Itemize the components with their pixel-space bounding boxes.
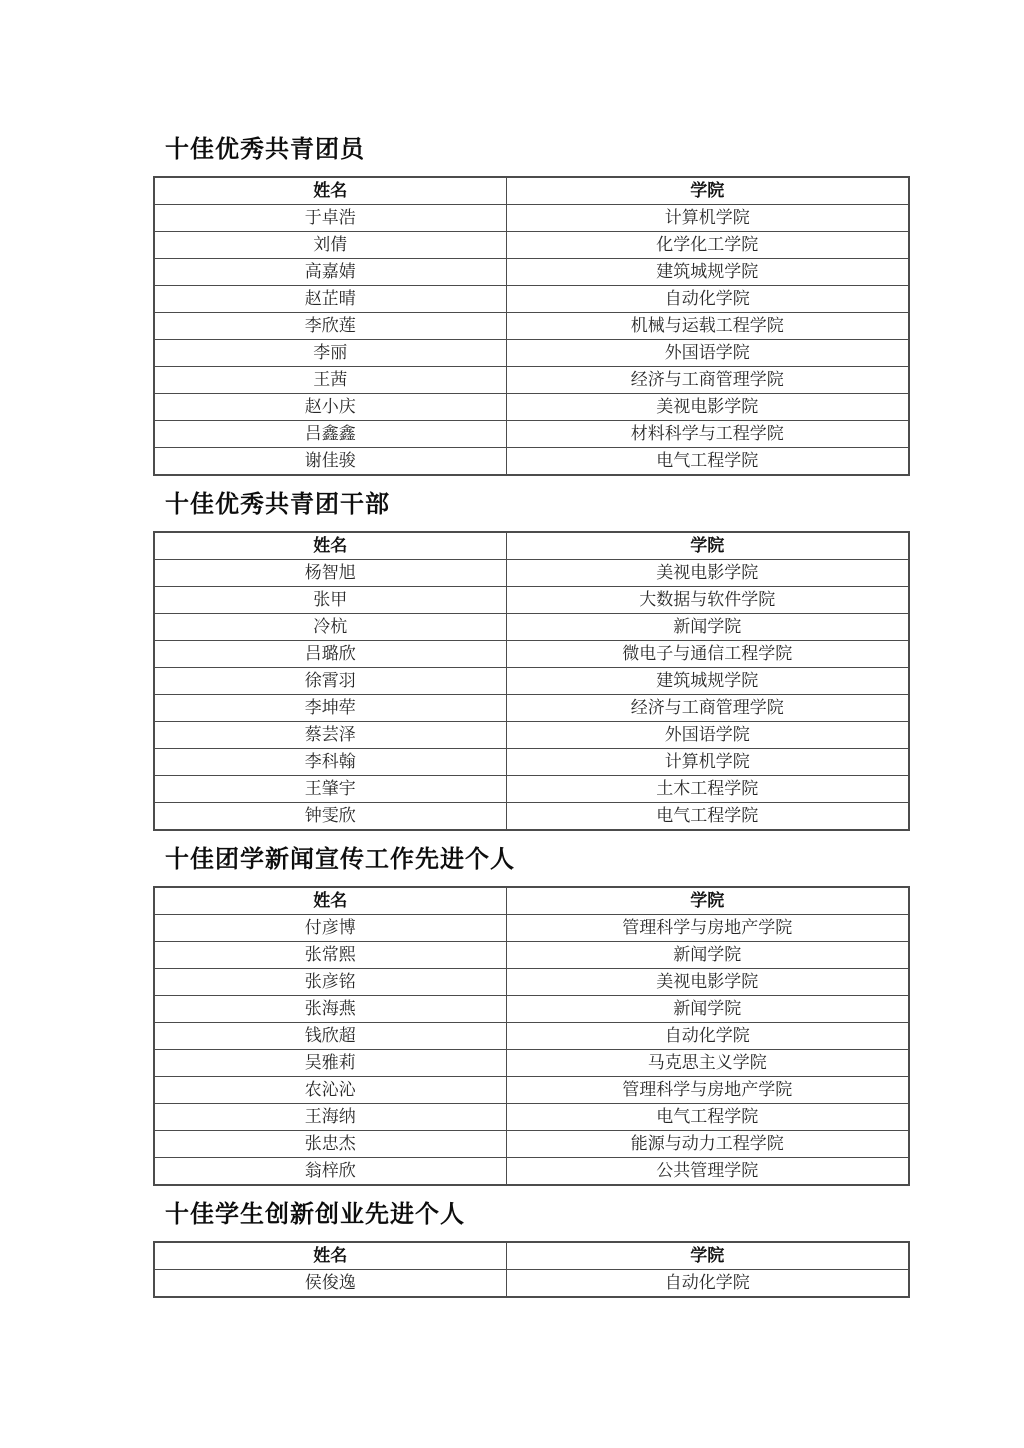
- name-cell: 吕璐欣: [154, 641, 506, 668]
- table-row: 侯俊逸自动化学院: [154, 1270, 909, 1298]
- table-row: 张彦铭美视电影学院: [154, 969, 909, 996]
- table-row: 赵小庆美视电影学院: [154, 394, 909, 421]
- award-table: 姓名 学院 于卓浩计算机学院刘倩化学化工学院高嘉婧建筑城规学院赵芷晴自动化学院李…: [153, 176, 910, 476]
- name-column-header: 姓名: [154, 1242, 506, 1270]
- table-row: 付彦博管理科学与房地产学院: [154, 915, 909, 942]
- table-header-row: 姓名 学院: [154, 1242, 909, 1270]
- table-row: 钱欣超自动化学院: [154, 1023, 909, 1050]
- college-cell: 能源与动力工程学院: [506, 1131, 909, 1158]
- table-row: 张忠杰能源与动力工程学院: [154, 1131, 909, 1158]
- table-header-row: 姓名 学院: [154, 532, 909, 560]
- table-row: 赵芷晴自动化学院: [154, 286, 909, 313]
- name-cell: 李丽: [154, 340, 506, 367]
- name-cell: 李欣莲: [154, 313, 506, 340]
- name-cell: 李坤荦: [154, 695, 506, 722]
- name-cell: 李科翰: [154, 749, 506, 776]
- college-cell: 美视电影学院: [506, 394, 909, 421]
- section-outstanding-league-cadres: 十佳优秀共青团干部 姓名 学院 杨智旭美视电影学院张甲大数据与软件学院冷杭新闻学…: [0, 491, 1024, 831]
- award-table: 姓名 学院 侯俊逸自动化学院: [153, 1241, 910, 1298]
- college-cell: 建筑城规学院: [506, 259, 909, 286]
- award-table: 姓名 学院 杨智旭美视电影学院张甲大数据与软件学院冷杭新闻学院吕璐欣微电子与通信…: [153, 531, 910, 831]
- table-row: 钟雯欣电气工程学院: [154, 803, 909, 831]
- name-cell: 张常熙: [154, 942, 506, 969]
- name-cell: 王肇宇: [154, 776, 506, 803]
- table-row: 李坤荦经济与工商管理学院: [154, 695, 909, 722]
- section-outstanding-league-members: 十佳优秀共青团员 姓名 学院 于卓浩计算机学院刘倩化学化工学院高嘉婧建筑城规学院…: [0, 136, 1024, 476]
- table-header-row: 姓名 学院: [154, 177, 909, 205]
- table-row: 冷杭新闻学院: [154, 614, 909, 641]
- college-cell: 外国语学院: [506, 340, 909, 367]
- college-cell: 新闻学院: [506, 614, 909, 641]
- college-cell: 新闻学院: [506, 996, 909, 1023]
- table-row: 张海燕新闻学院: [154, 996, 909, 1023]
- name-column-header: 姓名: [154, 532, 506, 560]
- college-cell: 大数据与软件学院: [506, 587, 909, 614]
- college-cell: 自动化学院: [506, 1270, 909, 1298]
- table-row: 农沁沁管理科学与房地产学院: [154, 1077, 909, 1104]
- college-cell: 自动化学院: [506, 286, 909, 313]
- name-cell: 徐霄羽: [154, 668, 506, 695]
- table-row: 谢佳骏电气工程学院: [154, 448, 909, 476]
- name-cell: 于卓浩: [154, 205, 506, 232]
- college-cell: 自动化学院: [506, 1023, 909, 1050]
- name-column-header: 姓名: [154, 887, 506, 915]
- name-cell: 张彦铭: [154, 969, 506, 996]
- table-row: 王肇宇土木工程学院: [154, 776, 909, 803]
- college-cell: 电气工程学院: [506, 803, 909, 831]
- table-row: 李科翰计算机学院: [154, 749, 909, 776]
- college-cell: 计算机学院: [506, 205, 909, 232]
- college-cell: 美视电影学院: [506, 969, 909, 996]
- section-news-publicity-advanced-individuals: 十佳团学新闻宣传工作先进个人 姓名 学院 付彦博管理科学与房地产学院张常熙新闻学…: [0, 846, 1024, 1186]
- table-row: 吕鑫鑫材料科学与工程学院: [154, 421, 909, 448]
- name-cell: 冷杭: [154, 614, 506, 641]
- name-cell: 王茜: [154, 367, 506, 394]
- name-cell: 赵芷晴: [154, 286, 506, 313]
- name-cell: 付彦博: [154, 915, 506, 942]
- college-cell: 机械与运载工程学院: [506, 313, 909, 340]
- college-column-header: 学院: [506, 887, 909, 915]
- section-title: 十佳团学新闻宣传工作先进个人: [165, 846, 1024, 874]
- college-column-header: 学院: [506, 532, 909, 560]
- college-cell: 管理科学与房地产学院: [506, 915, 909, 942]
- name-cell: 张海燕: [154, 996, 506, 1023]
- name-cell: 王海纳: [154, 1104, 506, 1131]
- name-cell: 侯俊逸: [154, 1270, 506, 1298]
- table-row: 张甲大数据与软件学院: [154, 587, 909, 614]
- college-cell: 美视电影学院: [506, 560, 909, 587]
- college-cell: 外国语学院: [506, 722, 909, 749]
- name-cell: 翁梓欣: [154, 1158, 506, 1186]
- name-cell: 赵小庆: [154, 394, 506, 421]
- table-row: 杨智旭美视电影学院: [154, 560, 909, 587]
- name-cell: 吴雅莉: [154, 1050, 506, 1077]
- name-cell: 钟雯欣: [154, 803, 506, 831]
- college-column-header: 学院: [506, 177, 909, 205]
- section-title: 十佳优秀共青团干部: [165, 491, 1024, 519]
- college-cell: 管理科学与房地产学院: [506, 1077, 909, 1104]
- college-cell: 电气工程学院: [506, 448, 909, 476]
- table-row: 王海纳电气工程学院: [154, 1104, 909, 1131]
- name-cell: 张甲: [154, 587, 506, 614]
- document-page: 十佳优秀共青团员 姓名 学院 于卓浩计算机学院刘倩化学化工学院高嘉婧建筑城规学院…: [0, 0, 1024, 1448]
- name-column-header: 姓名: [154, 177, 506, 205]
- college-cell: 微电子与通信工程学院: [506, 641, 909, 668]
- name-cell: 谢佳骏: [154, 448, 506, 476]
- college-cell: 计算机学院: [506, 749, 909, 776]
- table-row: 张常熙新闻学院: [154, 942, 909, 969]
- name-cell: 杨智旭: [154, 560, 506, 587]
- college-cell: 经济与工商管理学院: [506, 367, 909, 394]
- table-row: 王茜经济与工商管理学院: [154, 367, 909, 394]
- award-table: 姓名 学院 付彦博管理科学与房地产学院张常熙新闻学院张彦铭美视电影学院张海燕新闻…: [153, 886, 910, 1186]
- table-row: 吕璐欣微电子与通信工程学院: [154, 641, 909, 668]
- section-innovation-entrepreneurship-advanced-individuals: 十佳学生创新创业先进个人 姓名 学院 侯俊逸自动化学院: [0, 1201, 1024, 1298]
- table-row: 吴雅莉马克思主义学院: [154, 1050, 909, 1077]
- college-cell: 化学化工学院: [506, 232, 909, 259]
- name-cell: 蔡芸泽: [154, 722, 506, 749]
- table-row: 翁梓欣公共管理学院: [154, 1158, 909, 1186]
- college-cell: 土木工程学院: [506, 776, 909, 803]
- name-cell: 高嘉婧: [154, 259, 506, 286]
- name-cell: 农沁沁: [154, 1077, 506, 1104]
- college-cell: 新闻学院: [506, 942, 909, 969]
- name-cell: 刘倩: [154, 232, 506, 259]
- table-header-row: 姓名 学院: [154, 887, 909, 915]
- table-row: 李欣莲机械与运载工程学院: [154, 313, 909, 340]
- table-row: 高嘉婧建筑城规学院: [154, 259, 909, 286]
- name-cell: 吕鑫鑫: [154, 421, 506, 448]
- section-title: 十佳优秀共青团员: [165, 136, 1024, 164]
- college-cell: 公共管理学院: [506, 1158, 909, 1186]
- college-cell: 建筑城规学院: [506, 668, 909, 695]
- college-cell: 经济与工商管理学院: [506, 695, 909, 722]
- college-cell: 材料科学与工程学院: [506, 421, 909, 448]
- table-row: 于卓浩计算机学院: [154, 205, 909, 232]
- table-row: 徐霄羽建筑城规学院: [154, 668, 909, 695]
- table-row: 李丽外国语学院: [154, 340, 909, 367]
- name-cell: 张忠杰: [154, 1131, 506, 1158]
- college-cell: 电气工程学院: [506, 1104, 909, 1131]
- college-cell: 马克思主义学院: [506, 1050, 909, 1077]
- section-title: 十佳学生创新创业先进个人: [165, 1201, 1024, 1229]
- college-column-header: 学院: [506, 1242, 909, 1270]
- table-row: 刘倩化学化工学院: [154, 232, 909, 259]
- table-row: 蔡芸泽外国语学院: [154, 722, 909, 749]
- name-cell: 钱欣超: [154, 1023, 506, 1050]
